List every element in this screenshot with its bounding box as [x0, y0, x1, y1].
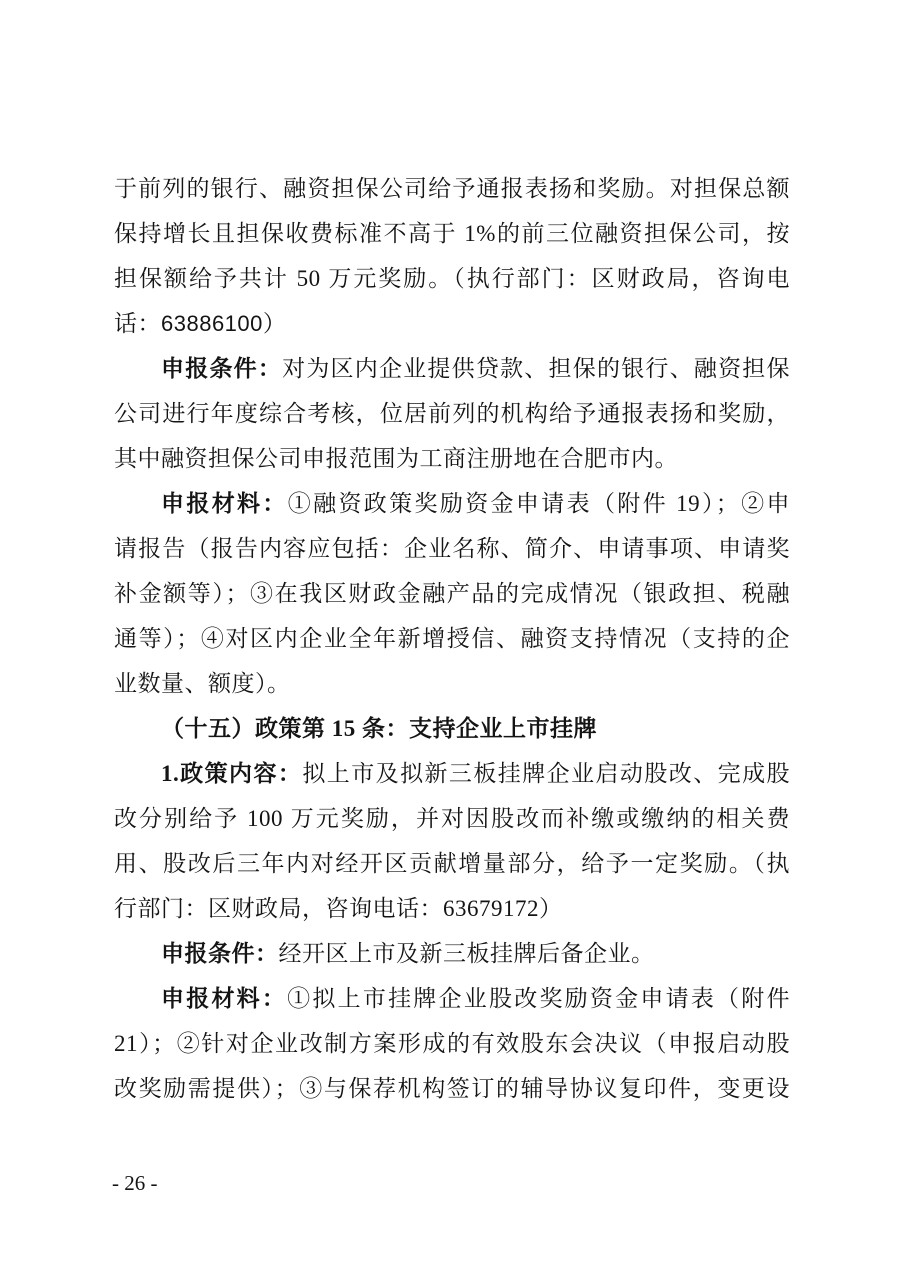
text-line: 公司进行年度综合考核，位居前列的机构给予通报表扬和奖励， — [114, 391, 790, 436]
paragraph-label: 申报条件： — [161, 941, 279, 966]
text-line: 21）；②针对企业改制方案形成的有效股东会决议（申报启动股 — [114, 1021, 790, 1066]
phone-line-prefix: 话： — [114, 311, 161, 336]
text-line: 补金额等）；③在我区财政金融产品的完成情况（银政担、税融 — [114, 571, 790, 616]
text-line: 改奖励需提供）；③与保荐机构签订的辅导协议复印件，变更设 — [114, 1066, 790, 1111]
text-line: 用、股改后三年内对经开区贡献增量部分，给予一定奖励。（执 — [114, 841, 790, 886]
text-line: 通等）；④对区内企业全年新增授信、融资支持情况（支持的企 — [114, 616, 790, 661]
paragraph-apply-conditions-15: 申报条件：经开区上市及新三板挂牌后备企业。 — [114, 931, 790, 976]
phone-line-suffix: ） — [263, 311, 287, 336]
document-page: 于前列的银行、融资担保公司给予通报表扬和奖励。对担保总额 保持增长且担保收费标准… — [0, 0, 900, 1272]
text-line: 保持增长且担保收费标准不高于 1%的前三位融资担保公司，按 — [114, 211, 790, 256]
paragraph-policy-content-15: 1.政策内容：拟上市及拟新三板挂牌企业启动股改、完成股 改分别给予 100 万元… — [114, 751, 790, 931]
text-line: 担保额给予共计 50 万元奖励。（执行部门：区财政局，咨询电 — [114, 256, 790, 301]
paragraph-label: 申报材料： — [161, 491, 288, 516]
paragraph-bank-guarantee-award: 于前列的银行、融资担保公司给予通报表扬和奖励。对担保总额 保持增长且担保收费标准… — [114, 166, 790, 346]
phone-number: 63886100 — [161, 311, 263, 336]
paragraph-text: 经开区上市及新三板挂牌后备企业。 — [279, 941, 655, 966]
paragraph-text: ①拟上市挂牌企业股改奖励资金申请表（附件 — [287, 986, 790, 1011]
paragraph-label: 申报条件： — [161, 356, 282, 381]
text-line: 申报材料：①融资政策奖励资金申请表（附件 19）；②申 — [114, 481, 790, 526]
text-line: 申报条件：对为区内企业提供贷款、担保的银行、融资担保 — [114, 346, 790, 391]
document-body: 于前列的银行、融资担保公司给予通报表扬和奖励。对担保总额 保持增长且担保收费标准… — [114, 166, 790, 1111]
paragraph-text: ①融资政策奖励资金申请表（附件 19）；②申 — [288, 491, 790, 516]
text-line: 行部门：区财政局，咨询电话：63679172） — [114, 886, 790, 931]
paragraph-text: 对为区内企业提供贷款、担保的银行、融资担保 — [282, 356, 790, 381]
text-line: 其中融资担保公司申报范围为工商注册地在合肥市内。 — [114, 436, 790, 481]
paragraph-apply-materials-14: 申报材料：①融资政策奖励资金申请表（附件 19）；②申 请报告（报告内容应包括：… — [114, 481, 790, 706]
section-heading: （十五）政策第 15 条：支持企业上市挂牌 — [114, 706, 790, 751]
paragraph-label: 1.政策内容： — [161, 761, 302, 786]
text-line: 申报条件：经开区上市及新三板挂牌后备企业。 — [114, 931, 790, 976]
text-line: 申报材料：①拟上市挂牌企业股改奖励资金申请表（附件 — [114, 976, 790, 1021]
text-line: 1.政策内容：拟上市及拟新三板挂牌企业启动股改、完成股 — [114, 751, 790, 796]
text-line: 于前列的银行、融资担保公司给予通报表扬和奖励。对担保总额 — [114, 166, 790, 211]
text-line: 改分别给予 100 万元奖励，并对因股改而补缴或缴纳的相关费 — [114, 796, 790, 841]
paragraph-text: 拟上市及拟新三板挂牌企业启动股改、完成股 — [302, 761, 790, 786]
page-number: - 26 - — [112, 1169, 158, 1197]
text-line: 业数量、额度）。 — [114, 661, 790, 706]
text-line: 请报告（报告内容应包括：企业名称、简介、申请事项、申请奖 — [114, 526, 790, 571]
paragraph-apply-materials-15: 申报材料：①拟上市挂牌企业股改奖励资金申请表（附件 21）；②针对企业改制方案形… — [114, 976, 790, 1111]
paragraph-label: 申报材料： — [161, 986, 287, 1011]
paragraph-apply-conditions-14: 申报条件：对为区内企业提供贷款、担保的银行、融资担保 公司进行年度综合考核，位居… — [114, 346, 790, 481]
text-line: 话：63886100） — [114, 301, 790, 346]
